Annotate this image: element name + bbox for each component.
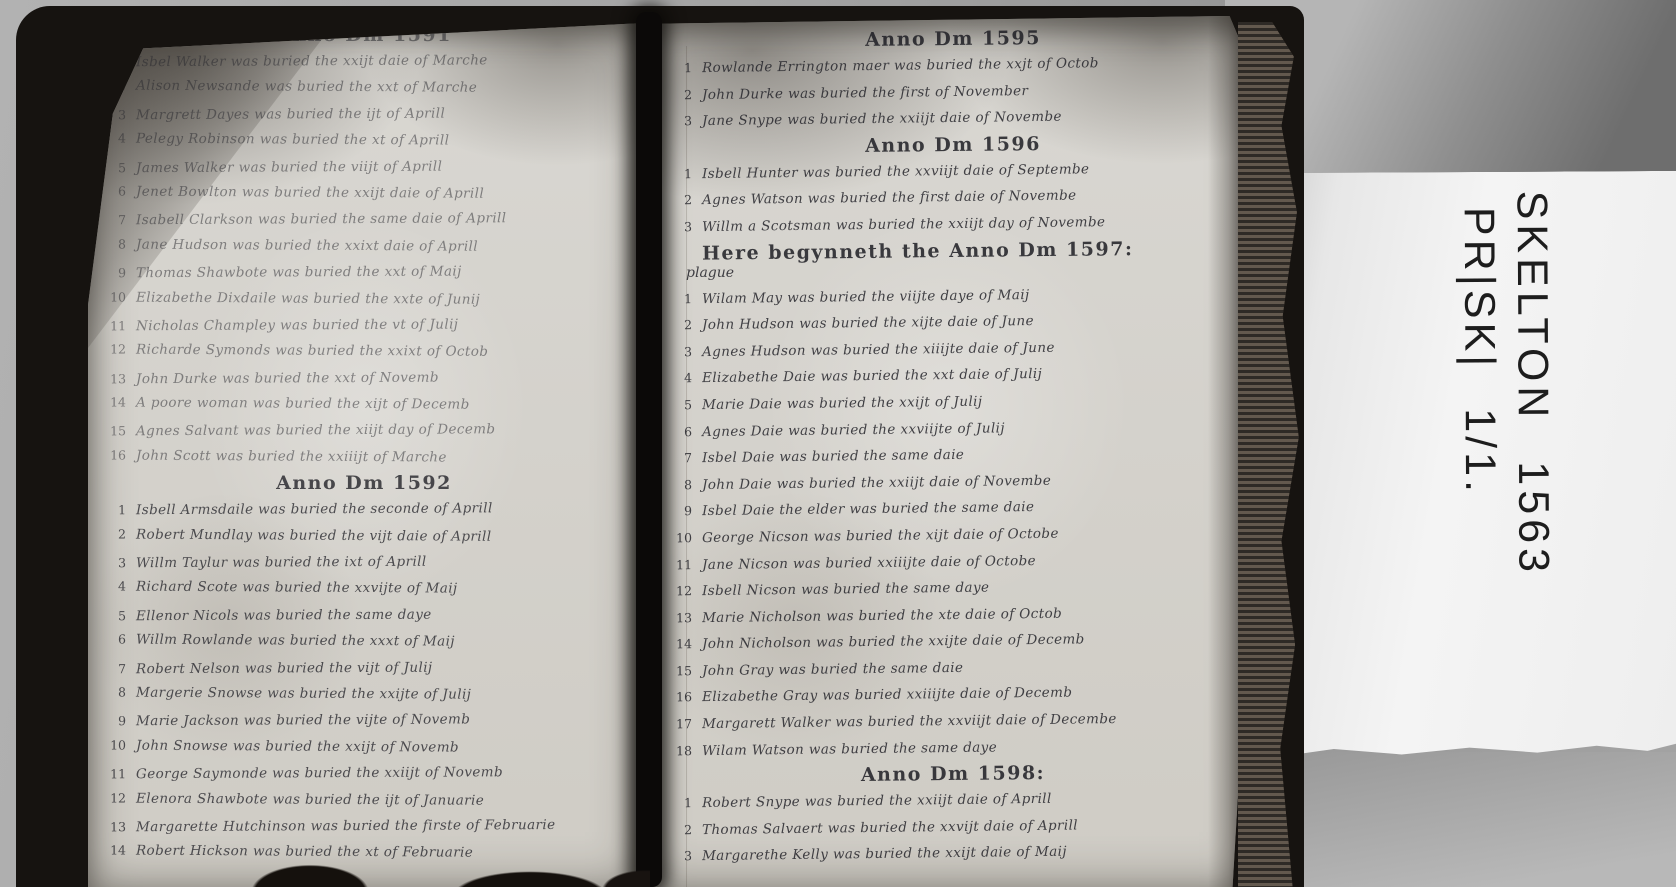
- left-page-text: Anno Dm 1591 1 Isbel Walker was buried t…: [102, 22, 626, 866]
- entry-number: 2: [668, 817, 692, 844]
- register-entry: 2 Robert Mundlay was buried the vijt dai…: [102, 521, 626, 551]
- entry-text: Agnes Daie was buried the xxviijte of Ju…: [702, 415, 1005, 445]
- register-entry: 11 George Saymonde was buried the xxiijt…: [102, 759, 626, 788]
- entry-number: 3: [668, 844, 692, 871]
- entry-text: Nicholas Champley was buried the vt of J…: [136, 311, 459, 339]
- entry-text: Willm a Scotsman was buried the xxiijt d…: [702, 209, 1106, 241]
- register-entry: 8 Margerie Snowse was buried the xxijte …: [102, 679, 626, 709]
- entry-number: 7: [668, 445, 692, 472]
- right-page-text: Anno Dm 1595 1 Rowlande Errington maer w…: [668, 26, 1238, 867]
- entry-text: Jane Hudson was buried the xxixt daie of…: [136, 231, 478, 259]
- photo-of-parish-register: SKELTON 1563 PR|SK| 1/1. Anno Dm 1591 1 …: [0, 0, 1676, 887]
- entry-number: 15: [668, 658, 692, 685]
- entry-text: Pelegy Robinson was buried the xt of Apr…: [136, 126, 449, 154]
- entry-text: Agnes Salvant was buried the xiijt day o…: [136, 417, 496, 445]
- entry-text: Margarette Hutchinson was buried the fir…: [136, 812, 556, 841]
- entry-text: Robert Mundlay was buried the vijt daie …: [136, 521, 492, 550]
- entry-number: 2: [668, 188, 692, 215]
- entry-number: 12: [668, 578, 692, 605]
- register-entry: 4 Richard Scote was buried the xxvijte o…: [102, 574, 626, 604]
- entry-number: 16: [668, 685, 692, 712]
- archive-label: SKELTON 1563 PR|SK| 1/1.: [1446, 191, 1560, 666]
- entry-text: Isbel Walker was buried the xxijt daie o…: [136, 47, 488, 75]
- entry-text: Willm Rowlande was buried the xxxt of Ma…: [136, 627, 455, 655]
- entry-text: Isbel Daie the elder was buried the same…: [702, 494, 1035, 525]
- entry-number: 2: [102, 521, 126, 548]
- entry-number: 10: [668, 525, 692, 552]
- entry-text: Willm Taylur was buried the ixt of April…: [136, 549, 427, 577]
- register-entry: 7 Isabell Clarkson was buried the same d…: [102, 205, 626, 234]
- entry-number: 9: [668, 499, 692, 526]
- entry-text: Elizabethe Dixdaile was buried the xxte …: [136, 284, 480, 313]
- entry-number: 1: [668, 161, 692, 188]
- entry-text: James Walker was buried the viijt of Apr…: [136, 153, 442, 181]
- entry-number: 5: [668, 392, 692, 419]
- entry-number: 12: [102, 785, 126, 812]
- entry-number: 12: [102, 337, 126, 364]
- entry-text: Marie Daie was buried the xxijt of Julij: [702, 389, 983, 419]
- entry-number: 1: [668, 790, 692, 817]
- section-1597: Here begynneth the Anno Dm 1597: plague …: [668, 238, 1238, 762]
- entry-number: 3: [668, 339, 692, 366]
- entry-number: 14: [668, 631, 692, 658]
- entry-number: 16: [102, 442, 126, 469]
- entry-number: 7: [102, 208, 126, 235]
- register-entry: 1 Isbell Armsdaile was buried the second…: [102, 495, 626, 524]
- entry-number: 9: [102, 709, 126, 736]
- entry-text: John Durke was buried the xxt of Novemb: [136, 364, 439, 392]
- entry-text: George Saymonde was buried the xxiijt of…: [136, 759, 503, 787]
- entry-number: 1: [668, 286, 692, 313]
- entry-text: Margerie Snowse was buried the xxijte of…: [136, 680, 471, 708]
- entry-number: 6: [102, 178, 126, 205]
- entry-text: Jenet Bowlton was buried the xxijt daie …: [136, 179, 484, 208]
- bottom-dark-marks: [90, 838, 650, 887]
- entry-number: 18: [668, 738, 692, 765]
- entry-text: Jane Nicson was buried xxiiijte daie of …: [702, 547, 1036, 578]
- entry-list: 1 Wilam May was buried the viijte daye o…: [668, 283, 1238, 762]
- entry-list: 1 Robert Snype was buried the xxiijt dai…: [668, 787, 1238, 867]
- register-entry: 1 Isbel Walker was buried the xxijt daie…: [102, 47, 626, 76]
- register-entry: 12 Elenora Shawbote was buried the ijt o…: [102, 785, 626, 815]
- section-1591: Anno Dm 1591 1 Isbel Walker was buried t…: [102, 22, 626, 470]
- section-1598: Anno Dm 1598: 1 Robert Snype was buried …: [668, 761, 1238, 867]
- archive-label-line2: PR|SK| 1/1.: [1452, 191, 1507, 665]
- register-entry: 4 Pelegy Robinson was buried the xt of A…: [102, 126, 626, 156]
- left-page: Anno Dm 1591 1 Isbel Walker was buried t…: [88, 18, 640, 887]
- right-page: Anno Dm 1595 1 Rowlande Errington maer w…: [642, 16, 1254, 887]
- register-entry: 3 Margarethe Kelly was buried the xxijt …: [668, 837, 1238, 871]
- entry-text: Robert Nelson was buried the vijt of Jul…: [136, 654, 433, 682]
- register-entry: 16 John Scott was buried the xxiiijt of …: [102, 442, 626, 472]
- entry-number: 8: [102, 679, 126, 706]
- register-entry: 6 Jenet Bowlton was buried the xxijt dai…: [102, 178, 626, 208]
- entry-text: Thomas Shawbote was buried the xxt of Ma…: [136, 259, 462, 287]
- entry-text: Wilam Watson was buried the same daye: [702, 734, 997, 764]
- register-entry: 9 Thomas Shawbote was buried the xxt of …: [102, 258, 626, 287]
- register-entry: 13 John Durke was buried the xxt of Nove…: [102, 363, 626, 392]
- entry-text: Isbell Nicson was buried the same daye: [702, 575, 990, 605]
- entry-number: 15: [102, 419, 126, 446]
- entry-list: 1 Isbel Walker was buried the xxijt daie…: [102, 48, 626, 470]
- entry-text: Margrett Dayes was buried the ijt of Apr…: [136, 100, 445, 128]
- entry-number: 1: [102, 497, 126, 524]
- archive-label-line1: SKELTON 1563: [1505, 191, 1560, 665]
- entry-number: 13: [668, 605, 692, 632]
- entry-number: 2: [668, 312, 692, 339]
- entry-text: Elizabethe Daie was buried the xxt daie …: [702, 361, 1042, 392]
- entry-list: 1 Isbell Armsdaile was buried the second…: [102, 496, 626, 865]
- register-entry: 10 John Snowse was buried the xxijt of N…: [102, 732, 626, 762]
- register-entry: 9 Marie Jackson was buried the vijte of …: [102, 706, 626, 735]
- entry-text: Richard Scote was buried the xxvijte of …: [136, 574, 458, 602]
- register-entry: 5 Ellenor Nicols was buried the same day…: [102, 600, 626, 629]
- entry-number: 14: [102, 389, 126, 416]
- entry-number: 8: [668, 472, 692, 499]
- register-entry: 3 Margrett Dayes was buried the ijt of A…: [102, 99, 626, 128]
- entry-text: John Scott was buried the xxiiijt of Mar…: [136, 442, 447, 470]
- entry-text: Wilam May was buried the viijte daye of …: [702, 282, 1030, 313]
- entry-text: A poore woman was buried the xijt of Dec…: [136, 390, 470, 418]
- entry-list: 1 Rowlande Errington maer was buried the…: [668, 52, 1238, 132]
- entry-number: 4: [668, 366, 692, 393]
- entry-list: 1 Isbell Hunter was buried the xxviijt d…: [668, 158, 1238, 238]
- entry-number: 10: [102, 284, 126, 311]
- entry-number: 11: [102, 761, 126, 788]
- entry-text: George Nicson was buried the xijt daie o…: [702, 521, 1059, 552]
- entry-number: 8: [102, 231, 126, 258]
- entry-number: 1: [668, 55, 692, 82]
- entry-number: 11: [668, 552, 692, 579]
- register-entry: 2 Alison Newsande was buried the xxt of …: [102, 73, 626, 103]
- register-entry: 7 Robert Nelson was buried the vijt of J…: [102, 653, 626, 682]
- year-heading: Anno Dm 1592: [102, 470, 626, 496]
- entry-number: 17: [668, 711, 692, 738]
- section-1596: Anno Dm 1596 1 Isbell Hunter was buried …: [668, 132, 1238, 238]
- archive-slip: SKELTON 1563 PR|SK| 1/1.: [1254, 171, 1676, 761]
- entry-number: 3: [668, 108, 692, 135]
- register-entry: 14 A poore woman was buried the xijt of …: [102, 389, 626, 419]
- entry-number: 10: [102, 732, 126, 759]
- entry-text: John Durke was buried the first of Novem…: [702, 78, 1029, 109]
- entry-text: Jane Snype was buried the xxiijt daie of…: [702, 104, 1062, 135]
- entry-text: Isbell Armsdaile was buried the seconde …: [136, 496, 493, 524]
- entry-text: Ellenor Nicols was buried the same daye: [136, 601, 432, 629]
- register-entry: 5 James Walker was buried the viijt of A…: [102, 152, 626, 181]
- entry-number: 6: [668, 419, 692, 446]
- register-entry: 11 Nicholas Champley was buried the vt o…: [102, 311, 626, 340]
- entry-number: 6: [102, 627, 126, 654]
- entry-number: 4: [102, 574, 126, 601]
- entry-text: Marie Jackson was buried the vijte of No…: [136, 707, 470, 735]
- entry-text: John Gray was buried the same daie: [702, 655, 964, 685]
- register-entry: 12 Richarde Symonds was buried the xxixt…: [102, 337, 626, 367]
- section-1595: Anno Dm 1595 1 Rowlande Errington maer w…: [668, 26, 1238, 132]
- register-entry: 6 Willm Rowlande was buried the xxxt of …: [102, 627, 626, 657]
- entry-text: Margarethe Kelly was buried the xxijt da…: [702, 839, 1067, 870]
- entry-text: Isbel Daie was buried the same daie: [702, 442, 965, 472]
- entry-text: Isabell Clarkson was buried the same dai…: [136, 206, 507, 234]
- entry-number: 7: [102, 656, 126, 683]
- entry-text: Robert Snype was buried the xxiijt daie …: [702, 786, 1052, 817]
- entry-number: 9: [102, 260, 126, 287]
- book-spine-gutter: [636, 12, 662, 887]
- section-1592: Anno Dm 1592 1 Isbell Armsdaile was buri…: [102, 470, 626, 865]
- entry-text: John Hudson was buried the xijte daie of…: [702, 308, 1034, 339]
- register-entry: 15 Agnes Salvant was buried the xiijt da…: [102, 416, 626, 445]
- entry-text: Richarde Symonds was buried the xxixt of…: [136, 337, 488, 366]
- register-entry: 10 Elizabethe Dixdaile was buried the xx…: [102, 284, 626, 314]
- register-entry: 13 Margarette Hutchinson was buried the …: [102, 812, 626, 841]
- entry-text: John Snowse was buried the xxijt of Nove…: [136, 732, 459, 760]
- entry-text: Elenora Shawbote was buried the ijt of J…: [136, 785, 484, 814]
- register-entry: 8 Jane Hudson was buried the xxixt daie …: [102, 231, 626, 261]
- year-heading: Here begynneth the Anno Dm 1597:: [668, 235, 1238, 267]
- register-entry: 3 Willm Taylur was buried the ixt of Apr…: [102, 548, 626, 577]
- entry-text: Alison Newsande was buried the xxt of Ma…: [136, 73, 477, 101]
- entry-number: 2: [668, 82, 692, 109]
- entry-number: 3: [668, 214, 692, 241]
